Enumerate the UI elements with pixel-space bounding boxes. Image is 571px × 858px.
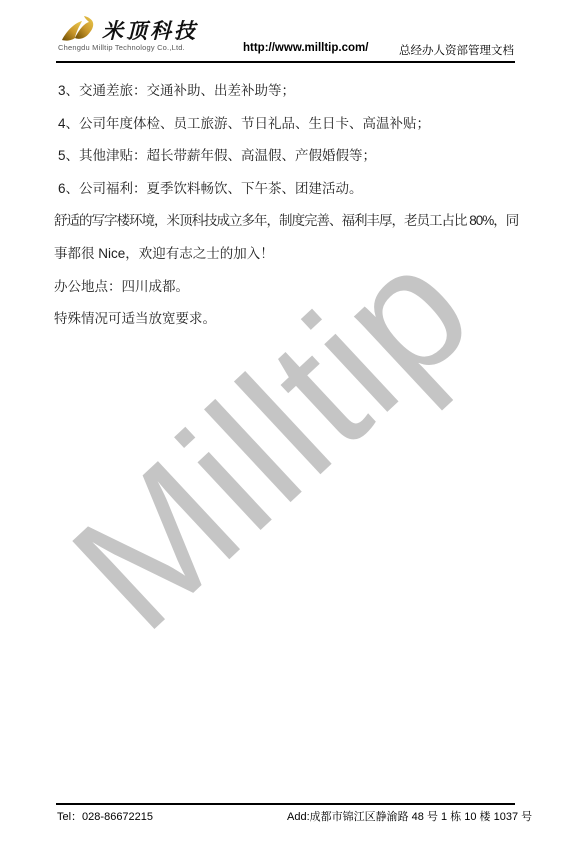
footer-divider — [56, 803, 515, 805]
special-note-line: 特殊情况可适当放宽要求。 — [54, 303, 515, 336]
company-pitch-line: 事都很 Nice，欢迎有志之士的加入！ — [54, 238, 515, 271]
company-name-cn: 米顶科技 — [102, 15, 198, 45]
company-website-text: http://www.milltip.com/ — [243, 42, 368, 54]
company-name-en: Chengdu Milltip Technology Co.,Ltd. — [58, 43, 185, 52]
document-body: 3、交通差旅：交通补助、出差补助等； 4、公司年度体检、员工旅游、节日礼品、生日… — [54, 75, 515, 336]
office-location-line: 办公地点：四川成都。 — [54, 271, 515, 304]
benefit-list-item: 5、其他津贴：超长带薪年假、高温假、产假婚假等； — [54, 140, 515, 173]
document-page: 米顶科技 Chengdu Milltip Technology Co.,Ltd.… — [0, 0, 571, 858]
benefit-list-item: 4、公司年度体检、员工旅游、节日礼品、生日卡、高温补贴； — [54, 108, 515, 141]
benefit-list-item: 6、公司福利：夏季饮料畅饮、下午茶、团建活动。 — [54, 173, 515, 206]
header-divider — [56, 61, 515, 63]
footer-telephone: Tel：028-86672215 — [57, 808, 153, 824]
benefit-list-item: 3、交通差旅：交通补助、出差补助等； — [54, 75, 515, 108]
footer-address: Add:成都市锦江区静渝路 48 号 1 栋 10 楼 1037 号 — [287, 808, 532, 824]
logo-bird-icon — [61, 15, 101, 42]
company-pitch-line: 舒适的写字楼环境，米顶科技成立多年，制度完善、福利丰厚，老员工占比 80%，同 — [54, 205, 515, 238]
document-category-label: 总经办人资部管理文档 — [399, 42, 514, 58]
